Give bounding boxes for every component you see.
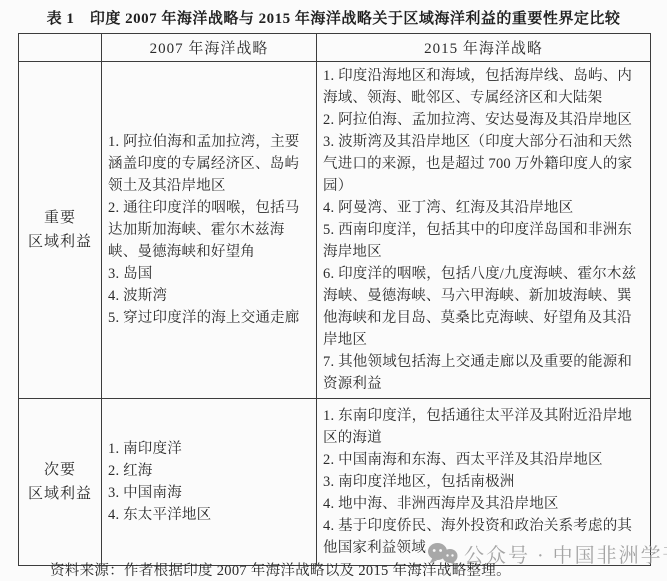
row-label-secondary-interests: 次要 区域利益	[19, 399, 102, 566]
table-header-row: 2007 年海洋战略 2015 年海洋战略	[19, 34, 651, 62]
list-item: 6. 印度洋的咽喉，包括八度/九度海峡、霍尔木兹海峡、曼德海峡、马六甲海峡、新加…	[323, 263, 645, 351]
list-item: 2. 通往印度洋的咽喉，包括马达加斯加海峡、霍尔木兹海峡、曼德海峡和好望角	[108, 197, 311, 263]
list-item: 4. 东太平洋地区	[108, 504, 311, 526]
column-header-2007-strategy: 2007 年海洋战略	[102, 34, 317, 62]
list-item: 5. 穿过印度洋的海上交通走廊	[108, 307, 311, 329]
list-item: 3. 南印度洋地区，包括南极洲	[323, 471, 645, 493]
list-item: 4. 地中海、非洲西海岸及其沿岸地区	[323, 493, 645, 515]
list-item: 4. 波斯湾	[108, 285, 311, 307]
table-row-primary-interests: 重要 区域利益 1. 阿拉伯海和孟加拉湾，主要涵盖印度的专属经济区、岛屿领土及其…	[19, 62, 651, 399]
table-title: 表 1 印度 2007 年海洋战略与 2015 年海洋战略关于区域海洋利益的重要…	[0, 7, 667, 28]
list-item: 3. 波斯湾及其沿岸地区（印度大部分石油和天然气进口的来源，也是超过 700 万…	[323, 131, 645, 197]
list-item: 1. 印度沿海地区和海域，包括海岸线、岛屿、内海域、领海、毗邻区、专属经济区和大…	[323, 65, 645, 109]
list-item: 2. 阿拉伯海、孟加拉湾、安达曼海及其沿岸地区	[323, 109, 645, 131]
list-item: 3. 岛国	[108, 263, 311, 285]
column-header-2015-strategy: 2015 年海洋战略	[317, 34, 651, 62]
corner-cell	[19, 34, 102, 62]
list-item: 2. 中国南海和东海、西太平洋及其沿岸地区	[323, 449, 645, 471]
list-item: 3. 中国南海	[108, 482, 311, 504]
watermark-text: 公众号 · 中国非洲学刊	[464, 539, 667, 568]
list-item: 4. 阿曼湾、亚丁湾、红海及其沿岸地区	[323, 197, 645, 219]
cell-secondary-2007: 1. 南印度洋2. 红海3. 中国南海4. 东太平洋地区	[102, 399, 317, 566]
list-item: 2. 红海	[108, 460, 311, 482]
comparison-table: 2007 年海洋战略 2015 年海洋战略 重要 区域利益 1. 阿拉伯海和孟加…	[18, 33, 651, 566]
cell-primary-2015: 1. 印度沿海地区和海域，包括海岸线、岛屿、内海域、领海、毗邻区、专属经济区和大…	[317, 62, 651, 399]
list-item: 7. 其他领域包括海上交通走廊以及重要的能源和资源利益	[323, 351, 645, 395]
row-label-primary-interests: 重要 区域利益	[19, 62, 102, 399]
list-item: 1. 南印度洋	[108, 438, 311, 460]
wechat-watermark: 公众号 · 中国非洲学刊	[426, 539, 667, 568]
wechat-chat-bubbles-icon	[426, 542, 458, 566]
list-item: 1. 东南印度洋，包括通往太平洋及其附近沿岸地区的海道	[323, 405, 645, 449]
list-item: 1. 阿拉伯海和孟加拉湾，主要涵盖印度的专属经济区、岛屿领土及其沿岸地区	[108, 131, 311, 197]
cell-primary-2007: 1. 阿拉伯海和孟加拉湾，主要涵盖印度的专属经济区、岛屿领土及其沿岸地区2. 通…	[102, 62, 317, 399]
list-item: 5. 西南印度洋，包括其中的印度洋岛国和非洲东海岸地区	[323, 219, 645, 263]
